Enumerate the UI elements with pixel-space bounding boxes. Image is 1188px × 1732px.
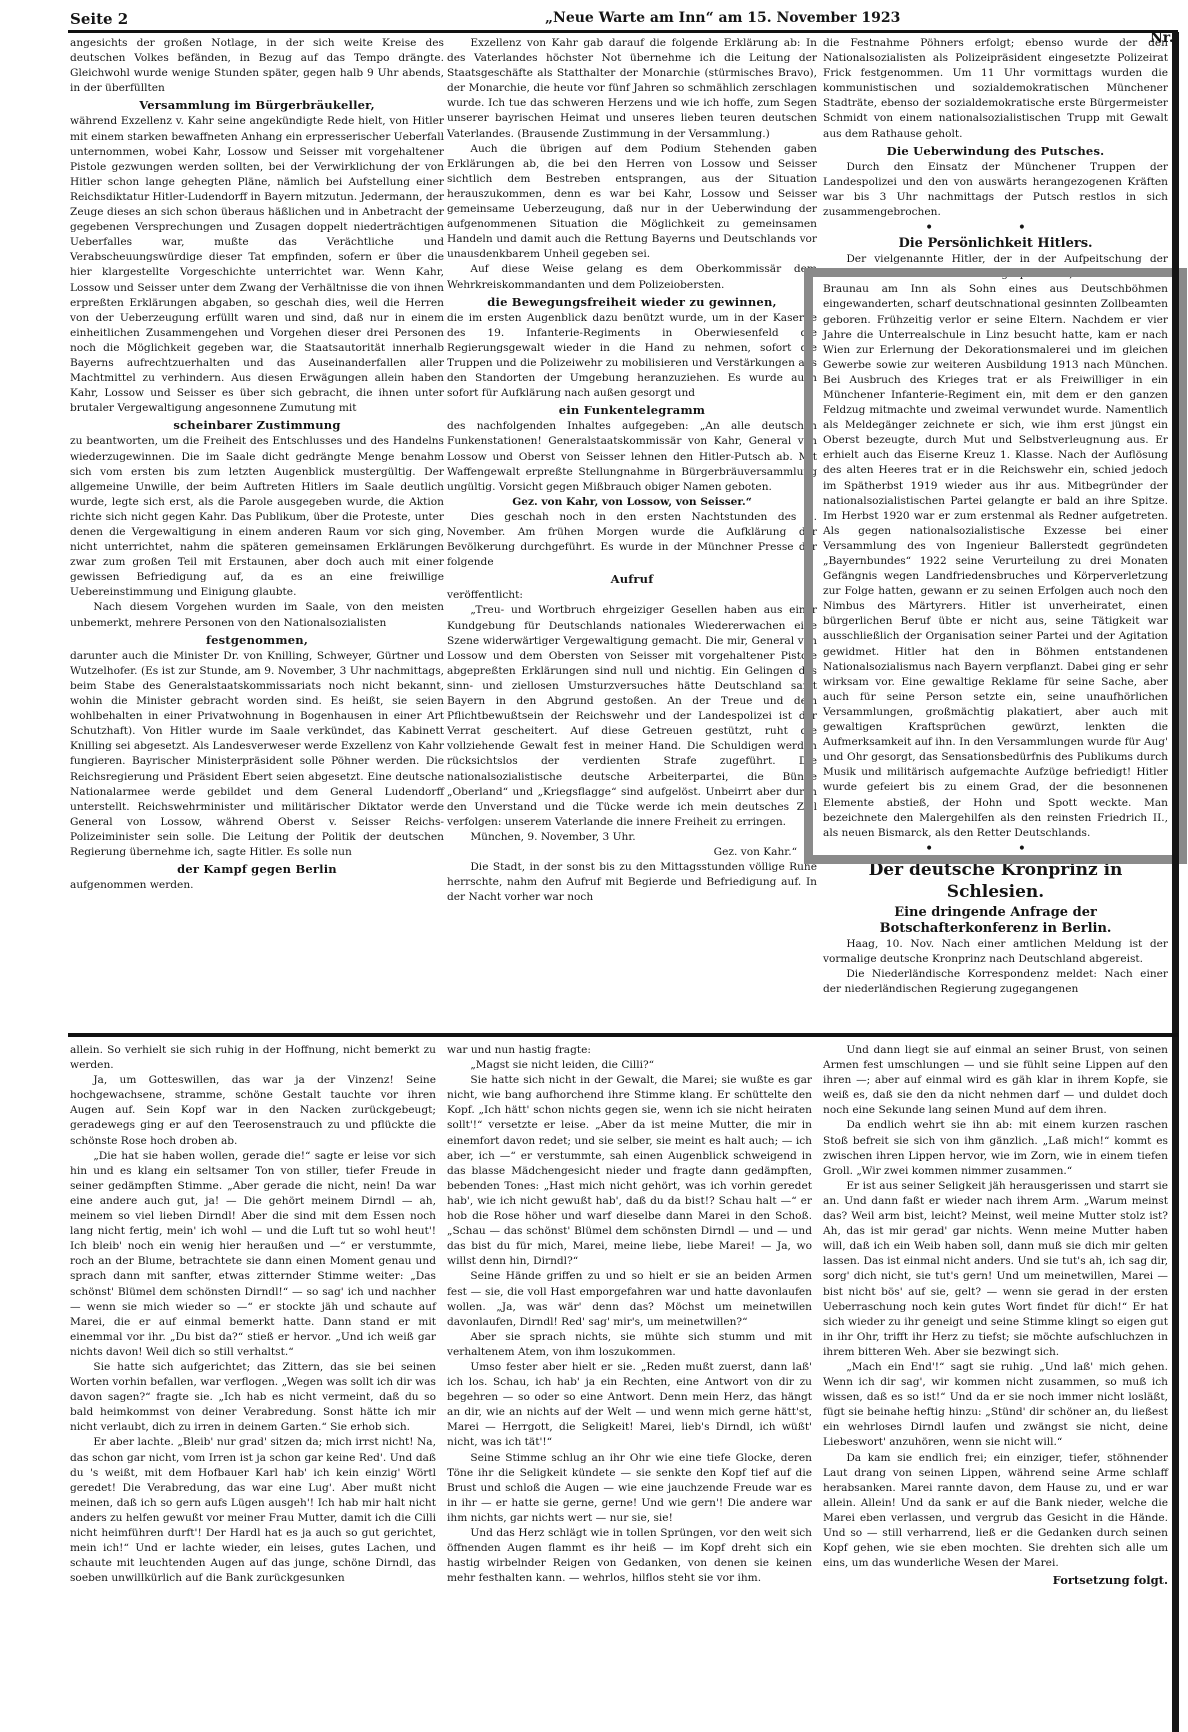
paragraph: Nach diesem Vorgehen wurden im Saale, vo… <box>70 600 444 630</box>
paragraph: Da kam sie endlich frei; ein einziger, t… <box>823 1451 1168 1572</box>
subheading: ein Funkentelegramm <box>447 403 817 418</box>
article-heading: Die Persönlichkeit Hitlers. <box>823 236 1168 252</box>
section-separator: • • <box>823 220 1168 236</box>
serial-column-3: Und dann liegt sie auf einmal an seiner … <box>823 1043 1168 1588</box>
scan-edge <box>1172 32 1179 1732</box>
subheading: scheinbarer Zustimmung <box>70 418 444 433</box>
paragraph: zu beantworten, um die Freiheit des Ents… <box>70 434 444 600</box>
paragraph: Er aber lachte. „Bleib' nur grad' sitzen… <box>70 1435 436 1586</box>
paragraph: allein. So verhielt sie sich ruhig in de… <box>70 1043 436 1073</box>
serial-column-2: war und nun hastig fragte: „Magst sie ni… <box>447 1043 812 1586</box>
signature: Gez. von Kahr, von Lossow, von Seisser.“ <box>447 495 817 510</box>
subheading: Die Ueberwindung des Putsches. <box>823 144 1168 159</box>
paragraph: Die Niederländische Korrespondenz meldet… <box>823 967 1168 997</box>
subheading: Versammlung im Bürgerbräukeller, <box>70 98 444 113</box>
paragraph: Auch die übrigen auf dem Podium Stehende… <box>447 142 817 263</box>
section-separator: • • <box>823 841 1168 857</box>
paragraph: angesichts der großen Notlage, in der si… <box>70 36 444 96</box>
paragraph: „Magst sie nicht leiden, die Cilli?“ <box>447 1058 812 1073</box>
newspaper-page: Seite 2 „Neue Warte am Inn“ am 15. Novem… <box>0 0 1188 1732</box>
paragraph: veröffentlicht: <box>447 588 817 603</box>
paragraph: Sie hatte sich nicht in der Gewalt, die … <box>447 1073 812 1269</box>
paragraph: war und nun hastig fragte: <box>447 1043 812 1058</box>
subheading: festgenommen, <box>70 633 444 648</box>
article-subheadline: Eine dringende Anfrage der Botschafterko… <box>823 905 1168 937</box>
paragraph: die Festnahme Pöhners erfolgt; ebenso wu… <box>823 36 1168 142</box>
article-column-2: Exzellenz von Kahr gab darauf die folgen… <box>447 36 817 905</box>
paragraph: aufgenommen werden. <box>70 878 444 893</box>
paragraph: „Die hat sie haben wollen, gerade die!“ … <box>70 1149 436 1360</box>
paragraph: Sie hatte sich aufgerichtet; das Zittern… <box>70 1360 436 1435</box>
hitler-biography-paragraph: Der vielgenannte Hitler, der in der Aufp… <box>823 252 1168 841</box>
article-column-1: angesichts der großen Notlage, in der si… <box>70 36 444 893</box>
subheading: Aufruf <box>447 572 817 587</box>
paragraph: Ja, um Gotteswillen, das war ja der Vinz… <box>70 1073 436 1148</box>
paragraph: darunter auch die Minister Dr. von Knill… <box>70 649 444 860</box>
page-number-label: Seite 2 <box>70 10 128 28</box>
masthead: „Neue Warte am Inn“ am 15. November 1923 <box>545 10 900 26</box>
paragraph: während Exzellenz v. Kahr seine angekünd… <box>70 114 444 416</box>
paragraph: die im ersten Augenblick dazu benützt wu… <box>447 311 817 402</box>
paragraph: Aber sie sprach nichts, sie mühte sich s… <box>447 1330 812 1360</box>
paragraph: Auf diese Weise gelang es dem Oberkommis… <box>447 262 817 292</box>
serial-column-1: allein. So verhielt sie sich ruhig in de… <box>70 1043 436 1586</box>
paragraph: Seine Stimme schlug an ihr Ohr wie eine … <box>447 1451 812 1526</box>
continued-notice: Fortsetzung folgt. <box>823 1573 1168 1588</box>
paragraph: Seine Hände griffen zu und so hielt er s… <box>447 1269 812 1329</box>
place-date: München, 9. November, 3 Uhr. <box>447 830 817 845</box>
paragraph: Haag, 10. Nov. Nach einer amtlichen Meld… <box>823 937 1168 967</box>
article-headline: Der deutsche Kronprinz in Schlesien. <box>823 859 1168 903</box>
paragraph: Er ist aus seiner Seligkeit jäh herausge… <box>823 1179 1168 1360</box>
paragraph: Umso fester aber hielt er sie. „Reden mu… <box>447 1360 812 1451</box>
paragraph: des nachfolgenden Inhaltes aufgegeben: „… <box>447 419 817 494</box>
article-column-3: die Festnahme Pöhners erfolgt; ebenso wu… <box>823 36 1168 997</box>
paragraph: Und dann liegt sie auf einmal an seiner … <box>823 1043 1168 1118</box>
paragraph: Durch den Einsatz der Münchener Truppen … <box>823 160 1168 220</box>
section-divider <box>68 1033 1178 1037</box>
subheading: die Bewegungsfreiheit wieder zu gewinnen… <box>447 295 817 310</box>
subheading: der Kampf gegen Berlin <box>70 862 444 877</box>
paragraph: „Mach ein End'!“ sagt sie ruhig. „Und la… <box>823 1360 1168 1451</box>
paragraph: Da endlich wehrt sie ihn ab: mit einem k… <box>823 1118 1168 1178</box>
paragraph: Und das Herz schlägt wie in tollen Sprün… <box>447 1526 812 1586</box>
signature: Gez. von Kahr.“ <box>447 845 817 860</box>
paragraph: Die Stadt, in der sonst bis zu den Mitta… <box>447 860 817 905</box>
proclamation-text: „Treu- und Wortbruch ehrgeiziger Geselle… <box>447 603 817 829</box>
paragraph: Dies geschah noch in den ersten Nachtstu… <box>447 510 817 570</box>
paragraph: Exzellenz von Kahr gab darauf die folgen… <box>447 36 817 142</box>
header-rule <box>68 30 1178 33</box>
